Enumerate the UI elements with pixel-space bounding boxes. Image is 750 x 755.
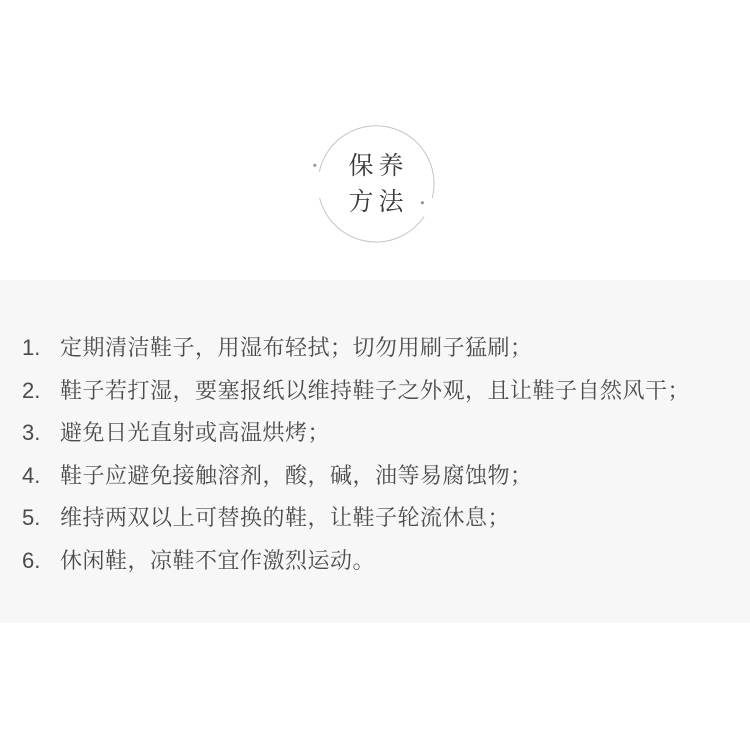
item-number: 2. [22, 370, 60, 413]
care-list-item-6: 6. 休闲鞋，凉鞋不宜作激烈运动。 [22, 540, 730, 583]
badge-title-line2: 方法 [343, 184, 408, 220]
care-list-item-5: 5. 维持两双以上可替换的鞋，让鞋子轮流休息； [22, 497, 730, 540]
item-text: 鞋子应避免接触溶剂，酸，碱，油等易腐蚀物； [60, 455, 533, 498]
item-text: 定期清洁鞋子，用湿布轻拭；切勿用刷子猛刷； [60, 327, 533, 370]
item-number: 1. [22, 327, 60, 370]
care-method-badge: 保养 方法 [306, 114, 446, 254]
item-number: 3. [22, 412, 60, 455]
care-list-item-2: 2. 鞋子若打湿，要塞报纸以维持鞋子之外观，且让鞋子自然风干； [22, 370, 730, 413]
care-list-item-3: 3. 避免日光直射或高温烘烤； [22, 412, 730, 455]
item-text: 鞋子若打湿，要塞报纸以维持鞋子之外观，且让鞋子自然风干； [60, 370, 690, 413]
item-text: 避免日光直射或高温烘烤； [60, 412, 330, 455]
item-number: 5. [22, 497, 60, 540]
item-text: 维持两双以上可替换的鞋，让鞋子轮流休息； [60, 497, 510, 540]
item-number: 4. [22, 455, 60, 498]
badge-title-line1: 保养 [343, 148, 408, 184]
care-instructions-page: 保养 方法 1. 定期清洁鞋子，用湿布轻拭；切勿用刷子猛刷； 2. 鞋子若打湿，… [0, 0, 750, 755]
item-number: 6. [22, 540, 60, 583]
care-list-panel: 1. 定期清洁鞋子，用湿布轻拭；切勿用刷子猛刷； 2. 鞋子若打湿，要塞报纸以维… [0, 280, 750, 623]
item-text: 休闲鞋，凉鞋不宜作激烈运动。 [60, 540, 375, 583]
badge-title: 保养 方法 [306, 114, 446, 254]
care-list-item-4: 4. 鞋子应避免接触溶剂，酸，碱，油等易腐蚀物； [22, 455, 730, 498]
care-list-item-1: 1. 定期清洁鞋子，用湿布轻拭；切勿用刷子猛刷； [22, 327, 730, 370]
